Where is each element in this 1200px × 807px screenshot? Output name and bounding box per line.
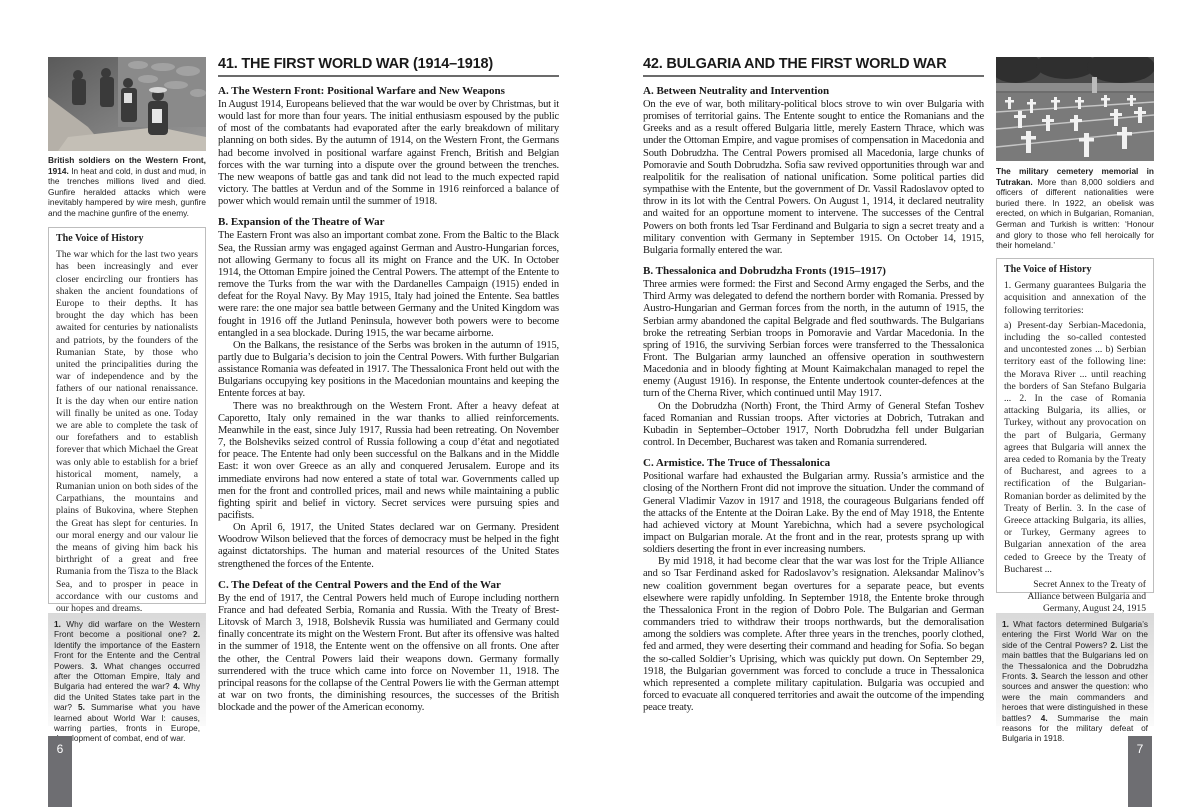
lesson-title: 41. THE FIRST WORLD WAR (1914–1918) — [218, 56, 559, 77]
paragraph: Positional warfare had exhausted the Bul… — [643, 471, 984, 556]
section-heading: A. Between Neutrality and Intervention — [643, 85, 984, 98]
section-c: C. Armistice. The Truce of Thessalonica … — [643, 457, 984, 714]
voice-title: The Voice of History — [1004, 264, 1146, 276]
question-number: 2. — [193, 629, 200, 639]
voice-quote: 1. Germany guarantees Bulgaria the acqui… — [1004, 280, 1146, 317]
section-heading: C. The Defeat of the Central Powers and … — [218, 579, 559, 592]
paragraph: Three armies were formed: the First and … — [643, 279, 984, 401]
question-number: 4. — [1041, 713, 1048, 723]
caption-text: In heat and cold, in dust and mud, in th… — [48, 166, 206, 218]
question-number: 1. — [54, 619, 61, 629]
question-number: 5. — [78, 702, 85, 712]
section-a: A. The Western Front: Positional Warfare… — [218, 85, 559, 208]
caption-text: More than 8,000 soldiers and officers of… — [996, 177, 1154, 251]
lesson-42-column: 42. BULGARIA AND THE FIRST WORLD WAR A. … — [643, 56, 984, 722]
trench-soldiers-photo — [48, 57, 206, 151]
cemetery-photo-caption: The military cemetery memorial in Tutrak… — [996, 166, 1154, 251]
paragraph: By mid 1918, it had become clear that th… — [643, 556, 984, 714]
question-number: 1. — [1002, 619, 1009, 629]
voice-quote: The war which for the last two years has… — [56, 249, 198, 615]
section-c: C. The Defeat of the Central Powers and … — [218, 579, 559, 715]
cemetery-photo — [996, 57, 1154, 161]
trench-photo-caption: British soldiers on the Western Front, 1… — [48, 155, 206, 219]
section-heading: B. Thessalonica and Dobrudzha Fronts (19… — [643, 265, 984, 278]
section-heading: C. Armistice. The Truce of Thessalonica — [643, 457, 984, 470]
voice-quote: a) Present-day Serbian-Macedonia, includ… — [1004, 320, 1146, 576]
review-questions-box: 1. What factors determined Bulgaria’s en… — [996, 613, 1154, 726]
paragraph: On the Dobrudzha (North) Front, the Thir… — [643, 401, 984, 450]
page-number-right: 7 — [1128, 736, 1152, 807]
paragraph: In August 1914, Europeans believed that … — [218, 99, 559, 208]
section-heading: A. The Western Front: Positional Warfare… — [218, 85, 559, 98]
section-b: B. Thessalonica and Dobrudzha Fronts (19… — [643, 265, 984, 449]
question-number: 3. — [1031, 671, 1038, 681]
voice-of-history-box: The Voice of History 1. Germany guarante… — [996, 258, 1154, 593]
lesson-41-column: 41. THE FIRST WORLD WAR (1914–1918) A. T… — [218, 56, 559, 722]
review-questions-box: 1. Why did warfare on the Western Front … — [48, 613, 206, 726]
voice-source: Secret Annex to the Treaty of Alliance b… — [1004, 579, 1146, 616]
question-text: Why did warfare on the Western Front bec… — [54, 619, 200, 639]
paragraph: On the eve of war, both military-politic… — [643, 99, 984, 257]
photo-cemetery-crosses-icon — [996, 57, 1154, 161]
section-a: A. Between Neutrality and Intervention O… — [643, 85, 984, 257]
page-number-left: 6 — [48, 736, 72, 807]
paragraph: On the Balkans, the resistance of the Se… — [218, 340, 559, 401]
question-number: 4. — [173, 681, 180, 691]
lesson-title: 42. BULGARIA AND THE FIRST WORLD WAR — [643, 56, 984, 77]
question-1: 1. Why did warfare on the Western Front … — [54, 619, 200, 639]
paragraph: There was no breakthrough on the Western… — [218, 401, 559, 523]
voice-title: The Voice of History — [56, 233, 198, 245]
photo-trench-soldiers-icon — [48, 57, 206, 151]
paragraph: On April 6, 1917, the United States decl… — [218, 522, 559, 571]
section-heading: B. Expansion of the Theatre of War — [218, 216, 559, 229]
paragraph: The Eastern Front was also an important … — [218, 230, 559, 339]
paragraph: By the end of 1917, the Central Powers h… — [218, 593, 559, 715]
voice-of-history-box: The Voice of History The war which for t… — [48, 227, 206, 604]
section-b: B. Expansion of the Theatre of War The E… — [218, 216, 559, 570]
